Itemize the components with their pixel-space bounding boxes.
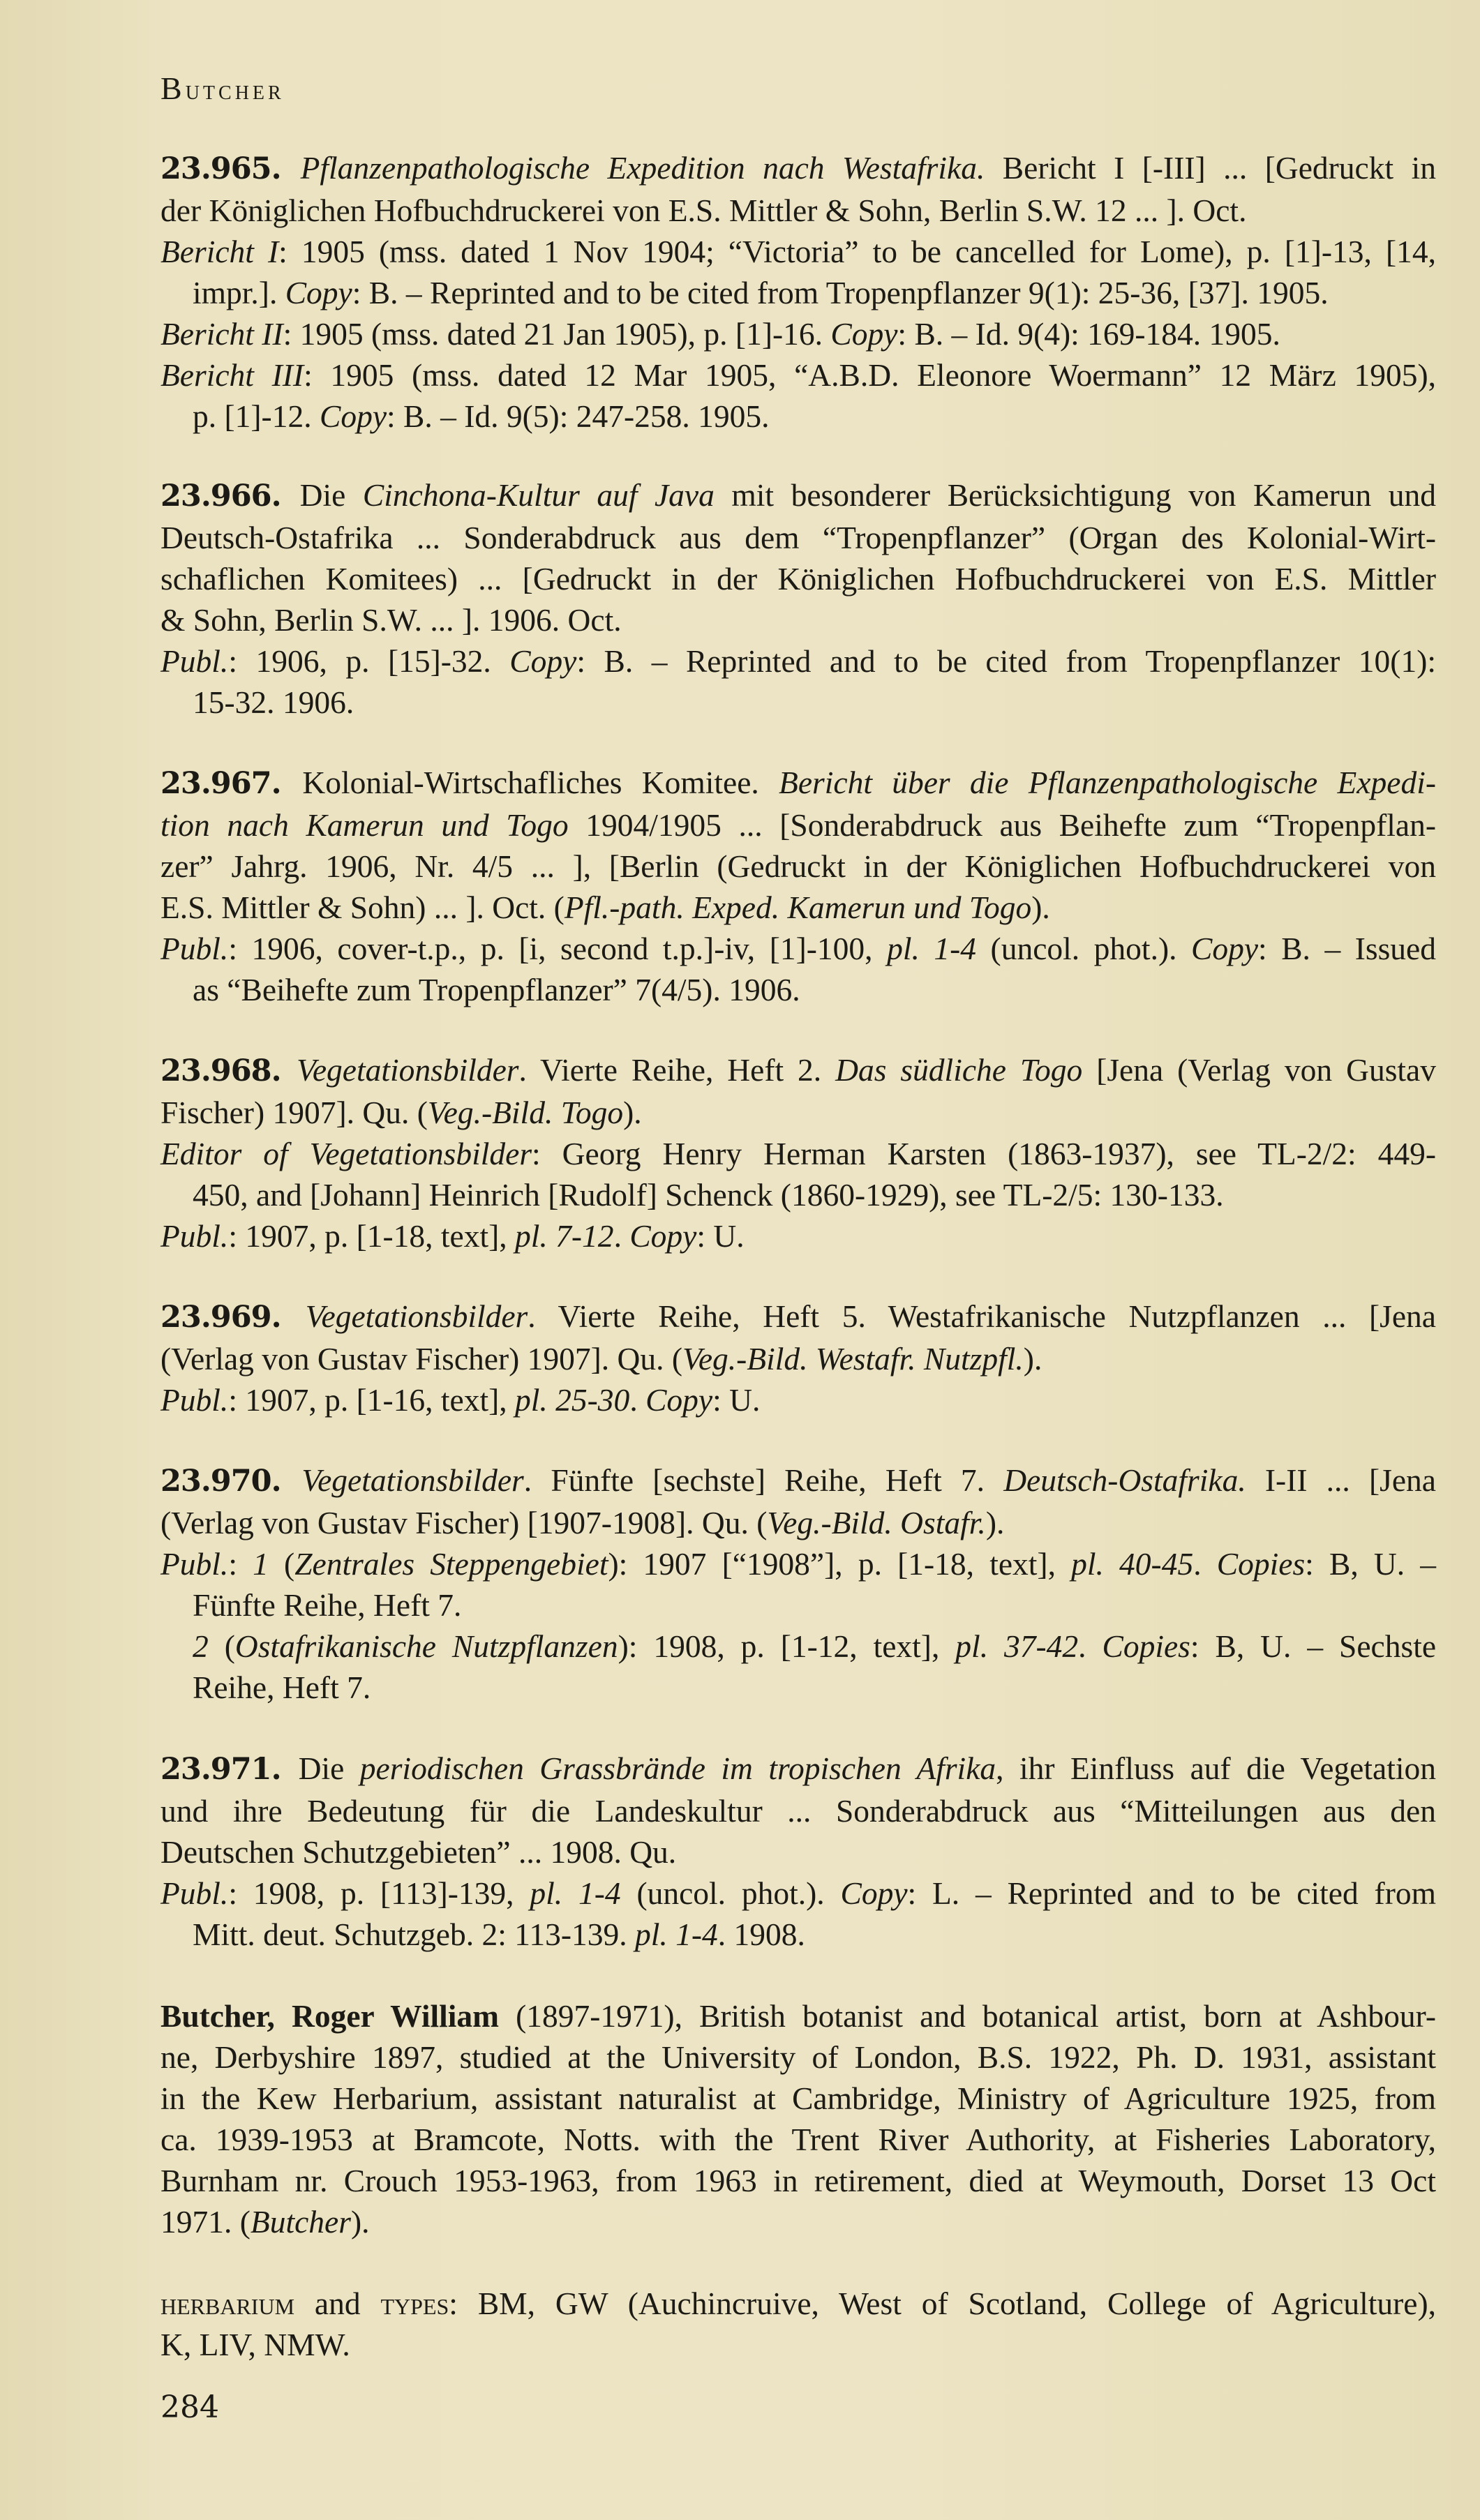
text: : B. – Id. 9(4): 169-184. 1905.: [897, 316, 1280, 352]
italic-text: Cinchona-Kultur auf Java: [363, 477, 715, 513]
text: Mitt. deut. Schutzgeb. 2: 113-139.: [193, 1917, 635, 1952]
italic-text: Vegetationsbilder: [306, 1298, 528, 1334]
italic-text: Veg.-Bild. Togo: [428, 1095, 623, 1130]
italic-text: Vegetationsbilder: [301, 1462, 523, 1498]
text: Fünfte Reihe, Heft 7.: [193, 1587, 461, 1623]
entry-number: 23.967.: [160, 766, 302, 801]
italic-text: pl. 1-4: [530, 1875, 620, 1911]
text: : 1905 (mss. dated 1 Nov 1904; “Victoria…: [278, 234, 1436, 269]
text: (1897-1971), British botanist and botani…: [499, 1998, 1436, 2034]
running-head-rest: utcher: [186, 74, 285, 105]
text: (uncol. phot.).: [621, 1875, 841, 1911]
text: (: [209, 1628, 235, 1664]
italic-text: Copy: [841, 1875, 908, 1911]
text-line: 23.966. Die Cinchona-Kultur auf Java mit…: [160, 474, 1436, 517]
italic-text: 2: [193, 1628, 209, 1664]
entry-number: 23.966.: [160, 479, 300, 513]
entry-23-968: 23.968. Vegetationsbilder. Vierte Reihe,…: [160, 1049, 1436, 1257]
text: (Verlag von Gustav Fischer) 1907]. Qu. (: [160, 1341, 682, 1377]
text-line: Publ.: 1907, p. [1-16, text], pl. 25-30.…: [160, 1379, 1436, 1420]
entry-number: 23.969.: [160, 1300, 306, 1335]
text-line: K, LIV, NMW.: [160, 2324, 1436, 2365]
entry-number: 23.971.: [160, 1752, 299, 1787]
text: Reihe, Heft 7.: [193, 1670, 371, 1705]
italic-text: Zentrales Steppengebiet: [294, 1546, 608, 1582]
entry-number: 23.970.: [160, 1464, 301, 1499]
small-caps-label: herbarium: [160, 2286, 294, 2321]
text-line: 23.967. Kolonial-Wirtschafliches Komitee…: [160, 762, 1436, 804]
text: . Fünfte [sechste] Reihe, Heft 7.: [524, 1462, 1003, 1498]
text: : 1905 (mss. dated 12 Mar 1905, “A.B.D. …: [304, 357, 1436, 393]
italic-text: Copy: [509, 643, 576, 679]
entry-number: 23.965.: [160, 151, 301, 186]
text: : L. – Reprinted and to be cited from: [908, 1875, 1436, 1911]
text: (: [269, 1546, 294, 1582]
text: ca. 1939-1953 at Bramcote, Notts. with t…: [160, 2122, 1436, 2157]
text: : U.: [696, 1218, 744, 1254]
text: schaflichen Komitees) ... [Gedruckt in d…: [160, 561, 1436, 597]
italic-text: Copy: [320, 398, 387, 434]
text: Die: [300, 477, 363, 513]
small-caps-label: types: [381, 2286, 449, 2321]
text-line: p. [1]-12. Copy: B. – Id. 9(5): 247-258.…: [160, 396, 1436, 437]
text-line: 15-32. 1906.: [160, 682, 1436, 723]
text: Kolonial-Wirtschafliches Komitee.: [302, 765, 779, 800]
text: .: [1078, 1628, 1102, 1664]
text-line: in the Kew Herbarium, assistant naturali…: [160, 2078, 1436, 2119]
text: : BM, GW (Auchincruive, West of Scotland…: [449, 2286, 1436, 2321]
text: mit besonderer Berücksichtigung von Kame…: [715, 477, 1436, 513]
italic-text: Vegetationsbilder: [297, 1052, 518, 1088]
italic-text: Bericht I: [160, 234, 278, 269]
text: [Jena (Verlag von Gustav: [1082, 1052, 1436, 1088]
italic-text: Publ.: [160, 1218, 228, 1254]
text-line: 23.968. Vegetationsbilder. Vierte Reihe,…: [160, 1049, 1436, 1092]
text-line: Mitt. deut. Schutzgeb. 2: 113-139. pl. 1…: [160, 1914, 1436, 1955]
text-line: as “Beihefte zum Tropenpflanzer” 7(4/5).…: [160, 969, 1436, 1010]
italic-text: tion nach Kamerun und Togo: [160, 807, 569, 843]
text: , ihr Einfluss auf die Vegetation: [996, 1750, 1436, 1786]
italic-text: Copy: [830, 316, 897, 352]
text: impr.].: [193, 275, 285, 310]
text-line: ca. 1939-1953 at Bramcote, Notts. with t…: [160, 2119, 1436, 2160]
entry-23-970: 23.970. Vegetationsbilder. Fünfte [sechs…: [160, 1460, 1436, 1708]
italic-text: Veg.-Bild. Westafr. Nutzpfl.: [682, 1341, 1024, 1377]
text-line: Editor of Vegetationsbilder: Georg Henry…: [160, 1133, 1436, 1174]
text: ).: [623, 1095, 642, 1130]
italic-text: Copies: [1102, 1628, 1190, 1664]
text: : 1907, p. [1-16, text],: [228, 1382, 515, 1418]
text: (Verlag von Gustav Fischer) [1907-1908].…: [160, 1505, 767, 1540]
text: Deutsch-Ostafrika ... Sonderabdruck aus …: [160, 520, 1436, 555]
italic-text: Publ.: [160, 1382, 228, 1418]
text: p. [1]-12.: [193, 398, 320, 434]
entry-23-966: 23.966. Die Cinchona-Kultur auf Java mit…: [160, 474, 1436, 723]
herbarium-and-types: herbarium and types: BM, GW (Auchincruiv…: [160, 2283, 1436, 2365]
text-line: 2 (Ostafrikanische Nutzpflanzen): 1908, …: [160, 1626, 1436, 1667]
italic-text: Butcher: [251, 2204, 351, 2240]
text: : Georg Henry Herman Karsten (1863-1937)…: [532, 1136, 1436, 1171]
text-line: E.S. Mittler & Sohn) ... ]. Oct. (Pfl.-p…: [160, 887, 1436, 928]
text-line: Butcher, Roger William (1897-1971), Brit…: [160, 1995, 1436, 2037]
entry-23-971: 23.971. Die periodischen Grassbrände im …: [160, 1748, 1436, 1955]
text-line: Bericht III: 1905 (mss. dated 12 Mar 190…: [160, 354, 1436, 396]
text: ): 1908, p. [1-12, text],: [618, 1628, 956, 1664]
text: : B, U. – Sechste: [1190, 1628, 1436, 1664]
italic-text: Publ.: [160, 931, 228, 966]
text: K, LIV, NMW.: [160, 2327, 350, 2362]
text: : B. – Id. 9(5): 247-258. 1905.: [387, 398, 770, 434]
text: zer” Jahrg. 1906, Nr. 4/5 ... ], [Berlin…: [160, 848, 1436, 884]
text-line: Reihe, Heft 7.: [160, 1667, 1436, 1708]
text: .: [629, 1382, 645, 1418]
italic-text: Pflanzenpathologische Expedition nach We…: [301, 150, 985, 186]
italic-text: Das südliche Togo: [835, 1052, 1082, 1088]
text: & Sohn, Berlin S.W. ... ]. 1906. Oct.: [160, 602, 622, 638]
text: 450, and [Johann] Heinrich [Rudolf] Sche…: [193, 1177, 1224, 1213]
text-line: Deutsch-Ostafrika ... Sonderabdruck aus …: [160, 517, 1436, 558]
text: : 1908, p. [113]-139,: [228, 1875, 530, 1911]
text-line: 23.971. Die periodischen Grassbrände im …: [160, 1748, 1436, 1790]
text-line: 450, and [Johann] Heinrich [Rudolf] Sche…: [160, 1174, 1436, 1215]
italic-text: pl. 1-4: [887, 931, 976, 966]
text: 15-32. 1906.: [193, 684, 354, 720]
text-line: schaflichen Komitees) ... [Gedruckt in d…: [160, 558, 1436, 599]
text: : 1906, p. [15]-32.: [228, 643, 509, 679]
text: 1971. (: [160, 2204, 251, 2240]
text: Deutschen Schutzgebieten” ... 1908. Qu.: [160, 1834, 676, 1870]
italic-text: Copies: [1217, 1546, 1305, 1582]
italic-text: pl. 37-42: [955, 1628, 1078, 1664]
running-head-initial: B: [160, 70, 186, 106]
text: (uncol. phot.).: [976, 931, 1191, 966]
text: Burnham nr. Crouch 1953-1963, from 1963 …: [160, 2163, 1436, 2198]
italic-text: Bericht über die Pflanzenpathologische E…: [779, 765, 1436, 800]
italic-text: Deutsch-Ostafrika.: [1003, 1462, 1246, 1498]
text: : B. – Reprinted and to be cited from Tr…: [576, 643, 1436, 679]
text: .: [614, 1218, 630, 1254]
text-line: Deutschen Schutzgebieten” ... 1908. Qu.: [160, 1831, 1436, 1873]
italic-text: pl. 25-30: [515, 1382, 629, 1418]
italic-text: 1: [253, 1546, 269, 1582]
entry-23-965: 23.965. Pflanzenpathologische Expedition…: [160, 147, 1436, 437]
italic-text: Copy: [629, 1218, 696, 1254]
text: : 1907, p. [1-18, text],: [228, 1218, 515, 1254]
text-line: Publ.: 1 (Zentrales Steppengebiet): 1907…: [160, 1543, 1436, 1584]
text-line: ne, Derbyshire 1897, studied at the Univ…: [160, 2037, 1436, 2078]
text: der Königlichen Hofbuchdruckerei von E.S…: [160, 193, 1246, 228]
text-line: Burnham nr. Crouch 1953-1963, from 1963 …: [160, 2160, 1436, 2201]
text: E.S. Mittler & Sohn) ... ]. Oct. (: [160, 890, 565, 925]
italic-text: pl. 7-12: [515, 1218, 614, 1254]
text: as “Beihefte zum Tropenpflanzer” 7(4/5).…: [193, 972, 800, 1007]
text: . Vierte Reihe, Heft 5. Westafrikanische…: [528, 1298, 1436, 1334]
italic-text: Pfl.-path. Exped. Kamerun und Togo: [565, 890, 1031, 925]
text: .: [1193, 1546, 1217, 1582]
text: ne, Derbyshire 1897, studied at the Univ…: [160, 2039, 1436, 2075]
text-line: (Verlag von Gustav Fischer) 1907]. Qu. (…: [160, 1338, 1436, 1379]
text-line: herbarium and types: BM, GW (Auchincruiv…: [160, 2283, 1436, 2324]
text: : 1905 (mss. dated 21 Jan 1905), p. [1]-…: [283, 316, 831, 352]
italic-text: Bericht III: [160, 357, 304, 393]
text-line: Publ.: 1906, cover-t.p., p. [i, second t…: [160, 928, 1436, 969]
text: : B, U. –: [1305, 1546, 1436, 1582]
text: ): 1907 [“1908”], p. [1-18, text],: [608, 1546, 1071, 1582]
italic-text: periodischen Grassbrände im tropischen A…: [360, 1750, 996, 1786]
bold-name: Butcher, Roger William: [160, 1998, 499, 2034]
italic-text: Ostafrikanische Nutzpflanzen: [235, 1628, 618, 1664]
italic-text: Bericht II: [160, 316, 283, 352]
text: 1904/1905 ... [Sonderabdruck aus Beiheft…: [569, 807, 1436, 843]
text: ).: [1024, 1341, 1042, 1377]
text-line: und ihre Bedeutung für die Landeskultur …: [160, 1790, 1436, 1831]
text-line: (Verlag von Gustav Fischer) [1907-1908].…: [160, 1502, 1436, 1543]
italic-text: pl. 1-4: [635, 1917, 718, 1952]
text: and: [294, 2286, 380, 2321]
text: Fischer) 1907]. Qu. (: [160, 1095, 428, 1130]
text: : B. – Reprinted and to be cited from Tr…: [352, 275, 1329, 310]
text: . 1908.: [718, 1917, 805, 1952]
italic-text: Publ.: [160, 643, 228, 679]
biography-butcher: Butcher, Roger William (1897-1971), Brit…: [160, 1995, 1436, 2242]
text-line: Publ.: 1908, p. [113]-139, pl. 1-4 (unco…: [160, 1873, 1436, 1914]
text-line: & Sohn, Berlin S.W. ... ]. 1906. Oct.: [160, 599, 1436, 640]
text-line: Bericht I: 1905 (mss. dated 1 Nov 1904; …: [160, 231, 1436, 272]
italic-text: Editor of Vegetationsbilder: [160, 1136, 532, 1171]
text-line: 23.970. Vegetationsbilder. Fünfte [sechs…: [160, 1460, 1436, 1502]
text: I-II ... [Jena: [1246, 1462, 1436, 1498]
entry-23-967: 23.967. Kolonial-Wirtschafliches Komitee…: [160, 762, 1436, 1010]
text-line: der Königlichen Hofbuchdruckerei von E.S…: [160, 190, 1436, 231]
text: ).: [351, 2204, 370, 2240]
text-line: impr.]. Copy: B. – Reprinted and to be c…: [160, 272, 1436, 313]
text-line: Bericht II: 1905 (mss. dated 21 Jan 1905…: [160, 313, 1436, 354]
italic-text: Publ.: [160, 1546, 228, 1582]
page-number: 284: [160, 2390, 219, 2425]
italic-text: pl. 40-45: [1071, 1546, 1193, 1582]
entry-number: 23.968.: [160, 1053, 297, 1088]
entry-23-969: 23.969. Vegetationsbilder. Vierte Reihe,…: [160, 1296, 1436, 1420]
text-line: 23.965. Pflanzenpathologische Expedition…: [160, 147, 1436, 190]
text: :: [228, 1546, 253, 1582]
italic-text: Copy: [285, 275, 352, 310]
text: ).: [986, 1505, 1005, 1540]
text: Die: [299, 1750, 360, 1786]
text-line: Publ.: 1906, p. [15]-32. Copy: B. – Repr…: [160, 640, 1436, 682]
text: Bericht I [-III] ... [Gedruckt in: [985, 150, 1436, 186]
text: ).: [1031, 890, 1050, 925]
italic-text: Copy: [1191, 931, 1258, 966]
text-line: 23.969. Vegetationsbilder. Vierte Reihe,…: [160, 1296, 1436, 1338]
text-line: zer” Jahrg. 1906, Nr. 4/5 ... ], [Berlin…: [160, 846, 1436, 887]
text: und ihre Bedeutung für die Landeskultur …: [160, 1793, 1436, 1829]
text: : U.: [712, 1382, 760, 1418]
text: in the Kew Herbarium, assistant naturali…: [160, 2080, 1436, 2116]
running-head: Butcher: [160, 70, 285, 107]
text: : B. – Issued: [1258, 931, 1436, 966]
italic-text: Veg.-Bild. Ostafr.: [767, 1505, 985, 1540]
text-line: tion nach Kamerun und Togo 1904/1905 ...…: [160, 804, 1436, 846]
italic-text: Copy: [645, 1382, 712, 1418]
text: . Vierte Reihe, Heft 2.: [519, 1052, 836, 1088]
text-line: Fischer) 1907]. Qu. (Veg.-Bild. Togo).: [160, 1092, 1436, 1133]
text-line: Fünfte Reihe, Heft 7.: [160, 1584, 1436, 1626]
text: : 1906, cover-t.p., p. [i, second t.p.]-…: [228, 931, 887, 966]
italic-text: Publ.: [160, 1875, 228, 1911]
text-line: 1971. (Butcher).: [160, 2201, 1436, 2242]
text-line: Publ.: 1907, p. [1-18, text], pl. 7-12. …: [160, 1215, 1436, 1257]
